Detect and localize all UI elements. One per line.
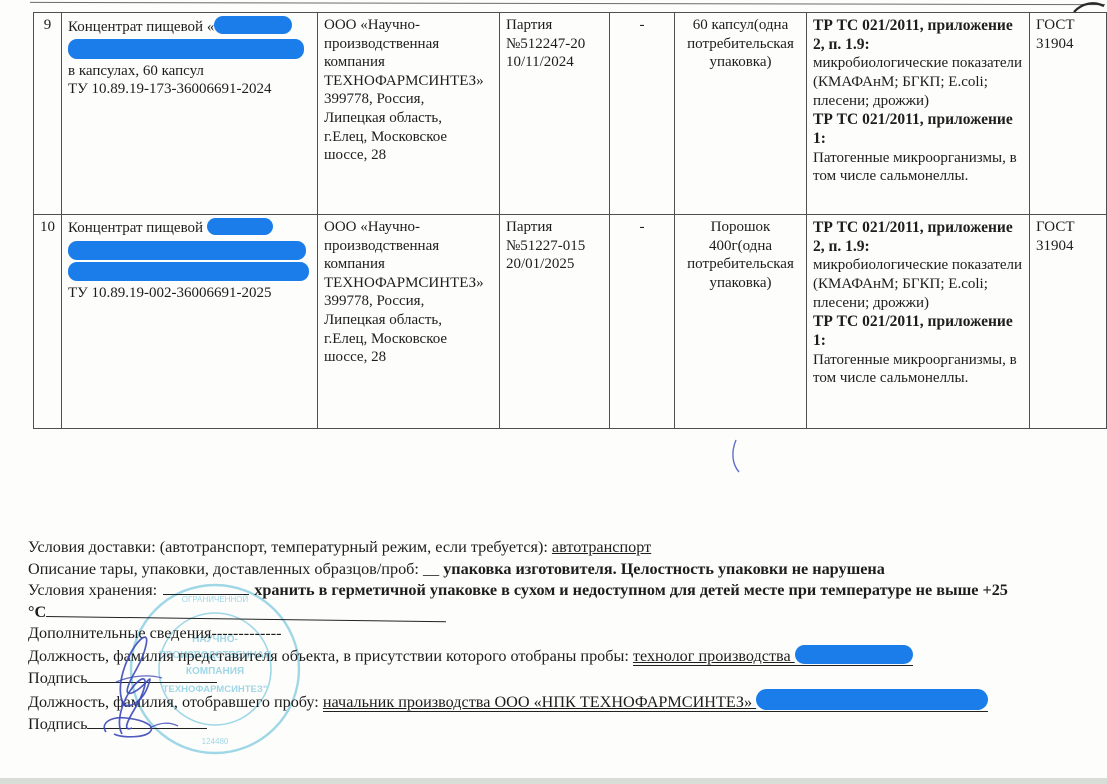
regulation-1-title: ТР ТС 021/2011, приложение 2, п. 1.9: (813, 16, 1023, 54)
product-tu: ТУ 10.89.19-002-36006691-2025 (68, 284, 311, 303)
regulation-cell: ТР ТС 021/2011, приложение 2, п. 1.9: ми… (807, 13, 1030, 215)
regulation-2-title: ТР ТС 021/2011, приложение 1: (813, 110, 1023, 148)
delivery-value: автотранспорт (552, 538, 651, 556)
product-name: Концентрат пищевой (68, 220, 207, 236)
storage-value: хранить в герметичной упаковке в сухом и… (254, 581, 1008, 599)
signature-label: Подпись (28, 669, 87, 687)
dash-cell: - (610, 215, 675, 429)
regulation-2-title: ТР ТС 021/2011, приложение 1: (813, 312, 1023, 350)
representative-value: технолог производства (633, 647, 795, 665)
product-name: Концентрат пищевой « (68, 19, 214, 35)
pen-stroke-mark (720, 438, 760, 478)
delivery-conditions-line: Условия доставки: (автотранспорт, темпер… (28, 537, 1083, 559)
regulation-1-body: микробиологические показатели (КМАФАнМ; … (813, 256, 1023, 312)
regulation-2-body: Патогенные микроорганизмы, в том числе с… (813, 351, 1023, 388)
product-cell: Концентрат пищевой ТУ 10.89.19-002-36006… (62, 215, 318, 429)
product-cell: Концентрат пищевой « в капсулах, 60 капс… (62, 13, 318, 215)
batch-cell: Партия №51227-015 20/01/2025 (500, 215, 610, 429)
table-row: 9 Концентрат пищевой « в капсулах, 60 ка… (34, 13, 1107, 215)
packaging-cell: 60 капсул(одна потребительская упаковка) (675, 13, 807, 215)
signature-label: Подпись (28, 715, 87, 733)
product-form: в капсулах, 60 капсул (68, 62, 311, 81)
table-row: 10 Концентрат пищевой ТУ 10.89.19-002-36… (34, 215, 1107, 429)
degree-line: °С (28, 602, 1083, 624)
storage-label: Условия хранения: (28, 581, 161, 599)
container-label: Описание тары, упаковки, доставленных об… (28, 560, 443, 578)
regulation-1-title: ТР ТС 021/2011, приложение 2, п. 1.9: (813, 218, 1023, 256)
redaction-bar (68, 241, 306, 260)
redaction-bar (756, 689, 988, 710)
redaction-bar (207, 218, 273, 235)
gost-cell: ГОСТ 31904 (1030, 215, 1107, 429)
regulation-2-body: Патогенные микроорганизмы, в том числе с… (813, 149, 1023, 186)
delivery-label: Условия доставки: (автотранспорт, темпер… (28, 538, 552, 556)
redaction-bar (795, 645, 913, 664)
samples-table: 9 Концентрат пищевой « в капсулах, 60 ка… (33, 12, 1107, 429)
storage-conditions-line: Условия хранения: хранить в герметичной … (28, 580, 1083, 602)
redaction-bar (68, 262, 309, 281)
regulation-cell: ТР ТС 021/2011, приложение 2, п. 1.9: ми… (807, 215, 1030, 429)
degree-label: °С (28, 603, 46, 621)
regulation-1-body: микробиологические показатели (КМАФАнМ; … (813, 54, 1023, 110)
packaging-cell: Порошок 400г(одна потребительская упаков… (675, 215, 807, 429)
previous-row-border (30, 2, 1105, 5)
manufacturer-cell: ООО «Научно- производственная компания Т… (318, 215, 500, 429)
redaction-bar (68, 39, 304, 59)
stamp-ring-bottom-text: 124480 (202, 737, 229, 746)
handwritten-signature (92, 676, 192, 746)
gost-cell: ГОСТ 31904 (1030, 13, 1107, 215)
redaction-bar (214, 16, 292, 34)
row-number: 10 (34, 215, 62, 429)
manufacturer-cell: ООО «Научно- производственная компания Т… (318, 13, 500, 215)
sampler-value: начальник производства ООО «НПК ТЕХНОФАР… (323, 693, 756, 711)
container-description-line: Описание тары, упаковки, доставленных об… (28, 559, 1083, 581)
row-number: 9 (34, 13, 62, 215)
additional-info-line: Дополнительные сведения------------- (28, 623, 1083, 645)
dash-cell: - (610, 13, 675, 215)
representative-line: Должность, фамилия представителя объекта… (28, 645, 1083, 668)
blank-underline (46, 603, 446, 622)
container-value: упаковка изготовителя. Целостность упако… (443, 560, 885, 578)
corner-pen-mark (1068, 0, 1107, 14)
product-tu: ТУ 10.89.19-173-36006691-2024 (68, 80, 311, 99)
batch-cell: Партия №512247-20 10/11/2024 (500, 13, 610, 215)
blank-underline (163, 581, 249, 595)
scanner-edge-shadow (0, 778, 1107, 784)
